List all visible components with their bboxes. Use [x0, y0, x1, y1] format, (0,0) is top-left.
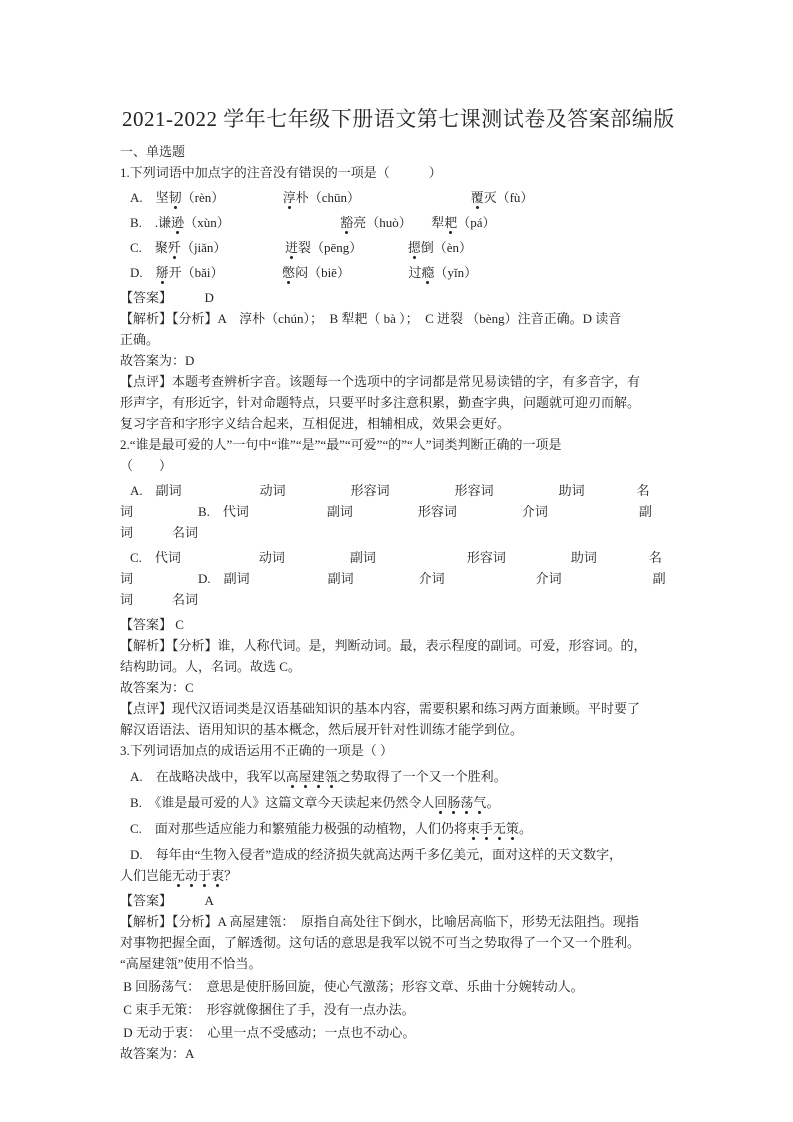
emphasis-dotted-text: 高屋建瓴 — [286, 769, 338, 789]
text-run: 对事物把握全面，了解透彻。这句话的意思是我军以锐不可当之势取得了一个又一个胜利。 — [120, 935, 640, 950]
text-run: 词 D. 副词 副词 介词 介词 副 — [120, 571, 666, 586]
text-run: 【答案】 D — [120, 290, 214, 305]
emphasis-dotted-text: 回肠荡气 — [434, 795, 486, 815]
text-run: 闷（biē） 过 — [295, 265, 421, 280]
q3-analysis-1: 【解析】【分析】A 高屋建瓴： 原指自高处往下倒水，比喻居高临下，形势无法阻挡。… — [120, 911, 683, 932]
text-run: 故答案为：A — [120, 1046, 194, 1061]
text-run: 正确。 — [120, 332, 159, 347]
q1-analysis-2: 正确。 — [120, 329, 683, 350]
q2-option-row-6: 词 名词 — [120, 589, 683, 610]
q1-comment-2: 形声字，有形近字，针对命题特点，只要平时多注意积累，勤查字典，问题就可迎刃而解。 — [120, 392, 683, 413]
q3-conclusion: 故答案为：A — [120, 1043, 683, 1064]
q2-analysis-2: 结构助词。人，名词。故选 C。 — [120, 656, 683, 677]
text-run: 故答案为：C — [120, 680, 194, 695]
text-run: C. 代词 动词 副词 形容词 助词 名 — [130, 550, 662, 565]
text-run: 词 B. 代词 副词 形容词 介词 副 — [120, 504, 652, 519]
emphasis-dotted-text: 耙 — [444, 215, 457, 235]
text-run: B. 《谁是最可爱的人》这篇文章今天读起来仍然令人 — [130, 795, 434, 810]
emphasis-dotted-text: 无动于衷 — [172, 868, 224, 888]
q3-stem: 3.下列词语加点的成语运用不正确的一项是（ ） — [120, 740, 683, 761]
emphasis-dotted-text: 韧 — [169, 190, 182, 210]
text-run: 解汉语语法、语用知识的基本概念，然后展开针对性训练才能学到位。 — [120, 722, 523, 737]
text-run: 【答案】 A — [120, 893, 214, 908]
text-run: 结构助词。人，名词。故选 C。 — [120, 659, 301, 674]
q1-option-a: A. 坚韧（rèn） 淳朴（chūn） 覆灭（fù） — [120, 187, 683, 208]
q3-option-b: B. 《谁是最可爱的人》这篇文章今天读起来仍然令人回肠荡气。 — [120, 792, 683, 813]
text-run: A. 在战略决战中，我军以 — [130, 769, 286, 784]
text-run: A. 副词 动词 形容词 形容词 助词 名 — [130, 483, 650, 498]
text-run: 词 名词 — [120, 525, 198, 540]
q2-option-row-2: 词 B. 代词 副词 形容词 介词 副 — [120, 501, 683, 522]
q2-analysis-1: 【解析】【分析】谁，人称代词。是，判断动词。最，表示程度的副词。可爱，形容词。的… — [120, 635, 683, 656]
q3-option-d-2: 人们岂能无动于衷？ — [120, 865, 683, 886]
text-run: ？ — [224, 868, 237, 883]
q1-option-d: D. 掰开（bǎi） 憋闷（biē） 过瘾（yǐn） — [120, 262, 683, 283]
q3-analysis-2: 对事物把握全面，了解透彻。这句话的意思是我军以锐不可当之势取得了一个又一个胜利。 — [120, 932, 683, 953]
text-run: 故答案为：D — [120, 353, 194, 368]
emphasis-dotted-text: 瘾 — [421, 265, 434, 285]
text-run: 【答案】 C — [120, 617, 184, 632]
q1-option-c: C. 聚歼（jiǎn） 迸裂（pēng） 摁倒（èn） — [120, 237, 683, 258]
text-run: “高屋建瓴”使用不恰当。 — [120, 956, 262, 971]
q1-comment-3: 复习字音和字形字义结合起来，互相促进，相辅相成，效果会更好。 — [120, 413, 683, 434]
text-run: 一、单选题 — [120, 144, 185, 159]
q1-stem: 1.下列词语中加点字的注音没有错误的一项是（ ） — [120, 162, 683, 183]
text-run: 朴（chūn） — [296, 190, 471, 205]
q1-option-b: B. .谦逊（xùn） 豁亮（huò） 犁耙（pá） — [120, 212, 683, 233]
text-run: 形声字，有形近字，针对命题特点，只要平时多注意积累，勤查字典，问题就可迎刃而解。 — [120, 395, 640, 410]
text-run: 【解析】【分析】A 高屋建瓴： 原指自高处往下倒水，比喻居高临下，形势无法阻挡。… — [120, 914, 639, 929]
q2-stem-2: （ ） — [120, 455, 683, 476]
text-run: 倒（èn） — [421, 240, 472, 255]
q2-option-row-5: 词 D. 副词 副词 介词 介词 副 — [120, 568, 683, 589]
emphasis-dotted-text: 歼 — [168, 240, 181, 260]
q2-stem-1: 2.“谁是最可爱的人”一句中“谁”“是”“最”“可爱”“的”“人”词类判断正确的… — [120, 434, 683, 455]
text-run: 3.下列词语加点的成语运用不正确的一项是（ ） — [120, 743, 393, 758]
text-run: D 无动于衷： 心里一点不受感动；一点也不动心。 — [120, 1025, 415, 1040]
emphasis-dotted-text: 迸 — [285, 240, 298, 260]
text-run: （yǐn） — [434, 265, 477, 280]
q3-option-a: A. 在战略决战中，我军以高屋建瓴之势取得了一个又一个胜利。 — [120, 766, 683, 787]
text-run: D. 每年由“生物入侵者”造成的经济损失就高达两千多亿美元，面对这样的天文数字， — [130, 847, 622, 862]
text-run: （xùn） — [184, 215, 340, 230]
text-run: （pá） — [457, 215, 495, 230]
text-run: 灭（fù） — [484, 190, 534, 205]
q3-analysis-b: B 回肠荡气： 意思是使肝肠回旋，使心气激荡；形容文章、乐曲十分婉转动人。 — [120, 976, 683, 997]
q2-option-row-3: 词 名词 — [120, 522, 683, 543]
text-run: A. 坚 — [130, 190, 169, 205]
text-run: 。 — [519, 821, 532, 836]
q1-answer: 【答案】 D — [120, 287, 683, 308]
q1-conclusion: 故答案为：D — [120, 350, 683, 371]
text-run: C. 聚 — [130, 240, 168, 255]
text-run: 【点评】本题考查辨析字音。该题每一个选项中的字词都是常见易读错的字，有多音字，有 — [120, 374, 640, 389]
q1-analysis-1: 【解析】【分析】A 淳朴（chún）； B 犁耙（ bà ）； C 迸裂 （bè… — [120, 308, 683, 329]
text-run: 【点评】现代汉语词类是汉语基础知识的基本内容，需要积累和练习两方面兼顾。平时要了 — [120, 701, 640, 716]
q2-option-row-1: A. 副词 动词 形容词 形容词 助词 名 — [120, 480, 683, 501]
emphasis-dotted-text: 逊 — [171, 215, 184, 235]
text-run: 开（bǎi） — [169, 265, 282, 280]
q2-option-row-4: C. 代词 动词 副词 形容词 助词 名 — [120, 547, 683, 568]
q3-answer: 【答案】 A — [120, 890, 683, 911]
q3-analysis-3: “高屋建瓴”使用不恰当。 — [120, 953, 683, 974]
emphasis-dotted-text: 淳 — [283, 190, 296, 210]
document-page: 2021-2022 学年七年级下册语文第七课测试卷及答案部编版 一、单选题1.下… — [0, 0, 793, 1122]
emphasis-dotted-text: 豁 — [340, 215, 353, 235]
text-run: D. — [130, 265, 156, 280]
text-run: 之势取得了一个又一个胜利。 — [338, 769, 507, 784]
text-run: 【解析】【分析】A 淳朴（chún）； B 犁耙（ bà ）； C 迸裂 （bè… — [120, 311, 621, 326]
q3-analysis-d: D 无动于衷： 心里一点不受感动；一点也不动心。 — [120, 1022, 683, 1043]
q2-comment-1: 【点评】现代汉语词类是汉语基础知识的基本内容，需要积累和练习两方面兼顾。平时要了 — [120, 698, 683, 719]
emphasis-dotted-text: 憋 — [282, 265, 295, 285]
text-run: 1.下列词语中加点字的注音没有错误的一项是（ ） — [120, 165, 442, 180]
text-run: （jiǎn） — [181, 240, 285, 255]
text-run: 裂（pēng） — [298, 240, 408, 255]
text-run: 词 名词 — [120, 592, 198, 607]
q3-analysis-c: C 束手无策： 形容就像捆住了手，没有一点办法。 — [120, 999, 683, 1020]
text-run: 。 — [486, 795, 499, 810]
text-run: B 回肠荡气： 意思是使肝肠回旋，使心气激荡；形容文章、乐曲十分婉转动人。 — [120, 979, 584, 994]
text-run: 2.“谁是最可爱的人”一句中“谁”“是”“最”“可爱”“的”“人”词类判断正确的… — [120, 437, 562, 452]
emphasis-dotted-text: 掰 — [156, 265, 169, 285]
text-run: 复习字音和字形字义结合起来，互相促进，相辅相成，效果会更好。 — [120, 416, 510, 431]
text-run: （rèn） — [182, 190, 283, 205]
q2-answer: 【答案】 C — [120, 614, 683, 635]
document-body: 一、单选题1.下列词语中加点字的注音没有错误的一项是（ ）A. 坚韧（rèn） … — [120, 141, 683, 1064]
page-title: 2021-2022 学年七年级下册语文第七课测试卷及答案部编版 — [122, 104, 683, 134]
q3-option-c: C. 面对那些适应能力和繁殖能力极强的动植物，人们仍将束手无策。 — [120, 818, 683, 839]
emphasis-dotted-text: 覆 — [471, 190, 484, 210]
section-heading: 一、单选题 — [120, 141, 683, 162]
text-run: C. 面对那些适应能力和繁殖能力极强的动植物，人们仍将 — [130, 821, 467, 836]
q2-conclusion: 故答案为：C — [120, 677, 683, 698]
q3-option-d-1: D. 每年由“生物入侵者”造成的经济损失就高达两千多亿美元，面对这样的天文数字， — [120, 844, 683, 865]
text-run: 亮（huò） 犁 — [353, 215, 444, 230]
emphasis-dotted-text: 束手无策 — [467, 821, 519, 841]
text-run: C 束手无策： 形容就像捆住了手，没有一点办法。 — [120, 1002, 415, 1017]
text-run: 【解析】【分析】谁，人称代词。是，判断动词。最，表示程度的副词。可爱，形容词。的… — [120, 638, 647, 653]
q2-comment-2: 解汉语语法、语用知识的基本概念，然后展开针对性训练才能学到位。 — [120, 719, 683, 740]
emphasis-dotted-text: 摁 — [408, 240, 421, 260]
text-run: B. .谦 — [130, 215, 171, 230]
q1-comment-1: 【点评】本题考查辨析字音。该题每一个选项中的字词都是常见易读错的字，有多音字，有 — [120, 371, 683, 392]
text-run: （ ） — [120, 458, 172, 473]
text-run: 人们岂能 — [120, 868, 172, 883]
